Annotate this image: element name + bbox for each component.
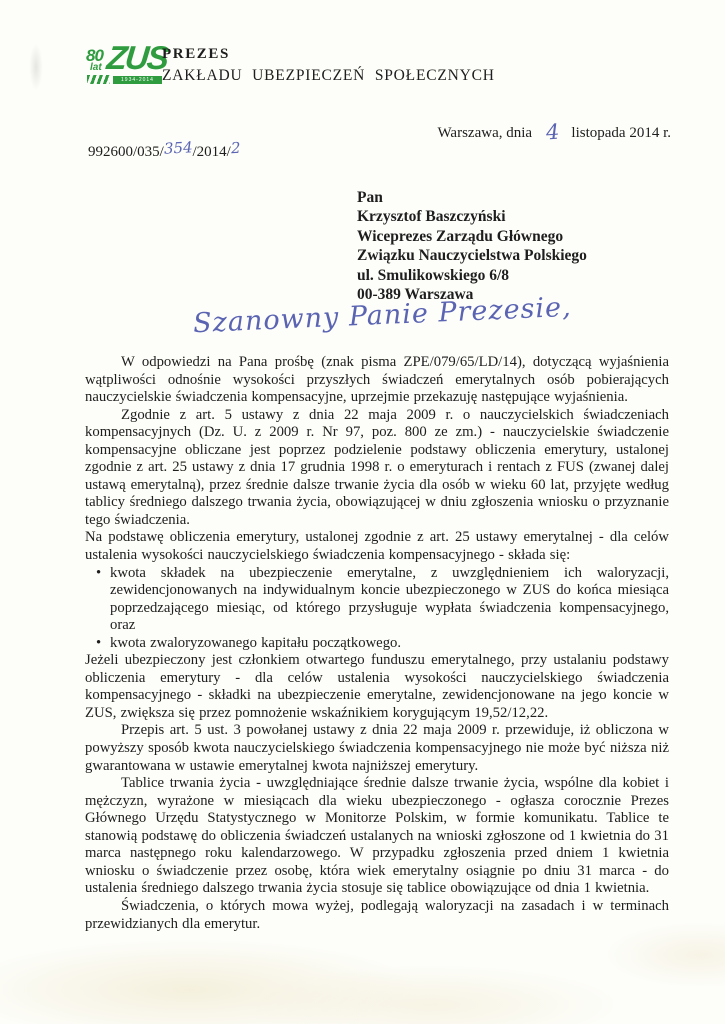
sender-title-line2: ZAKŁADU UBEZPIECZEŃ SPOŁECZNYCH bbox=[162, 67, 495, 85]
logo-zus-acronym: ZUS bbox=[105, 39, 169, 77]
paragraph-legal-basis: Zgodnie z art. 5 ustawy z dnia 22 maja 2… bbox=[85, 407, 669, 530]
date-prefix: Warszawa, dnia bbox=[437, 125, 532, 141]
letter-body: W odpowiedzi na Pana prośbę (znak pisma … bbox=[85, 354, 669, 933]
paragraph-life-expectancy-tables: Tablice trwania życia - uwzględniające ś… bbox=[85, 775, 669, 898]
handwritten-day: 4 bbox=[545, 120, 560, 145]
date-suffix: listopada 2014 r. bbox=[571, 125, 671, 141]
bullet-initial-capital: kwota zwaloryzowanego kapitału początkow… bbox=[85, 635, 669, 653]
paragraph-indexation: Świadczenia, o których mowa wyżej, podle… bbox=[85, 898, 669, 933]
pension-base-list: kwota składek na ubezpieczenie emerytaln… bbox=[85, 565, 669, 653]
logo-years-unit: lat bbox=[90, 62, 102, 73]
paragraph-ofe-members: Jeżeli ubezpieczony jest członkiem otwar… bbox=[85, 652, 669, 722]
paragraph-pension-base-intro: Na podstawę obliczenia emerytury, ustalo… bbox=[85, 529, 669, 564]
recipient-address-block: Pan Krzysztof Baszczyński Wiceprezes Zar… bbox=[357, 188, 587, 304]
scan-smudge-left bbox=[27, 36, 45, 98]
recipient-salutation: Pan bbox=[357, 188, 587, 207]
scanned-letter-page: 80 lat ZUS 1934-2014 PREZES ZAKŁADU UBEZ… bbox=[0, 0, 725, 1024]
reference-printed-2: /2014/ bbox=[192, 144, 230, 160]
reference-printed-1: 992600/035/ bbox=[88, 144, 164, 160]
reference-handwritten-2: 2 bbox=[230, 139, 240, 157]
recipient-name: Krzysztof Baszczyński bbox=[357, 207, 587, 226]
paragraph-response-intro: W odpowiedzi na Pana prośbę (znak pisma … bbox=[85, 354, 669, 407]
zus-80th-anniversary-logo: 80 lat ZUS 1934-2014 bbox=[86, 46, 164, 92]
logo-anniversary-bar: 1934-2014 bbox=[113, 76, 162, 84]
date-line: Warszawa, dnia4listopada 2014 r. bbox=[437, 118, 671, 142]
bullet-contributions: kwota składek na ubezpieczenie emerytaln… bbox=[85, 565, 669, 635]
reference-handwritten-1: 354 bbox=[163, 138, 193, 157]
sender-title-line1: PREZES bbox=[162, 46, 495, 63]
recipient-street: ul. Smulikowskiego 6/8 bbox=[357, 266, 587, 285]
recipient-organization: Związku Nauczycielstwa Polskiego bbox=[357, 246, 587, 265]
recipient-title: Wiceprezes Zarządu Głównego bbox=[357, 227, 587, 246]
reference-number: 992600/035/354/2014/2 bbox=[88, 142, 240, 161]
paragraph-minimum-guarantee: Przepis art. 5 ust. 3 powołanej ustawy z… bbox=[85, 722, 669, 775]
sender-title: PREZES ZAKŁADU UBEZPIECZEŃ SPOŁECZNYCH bbox=[162, 46, 495, 85]
